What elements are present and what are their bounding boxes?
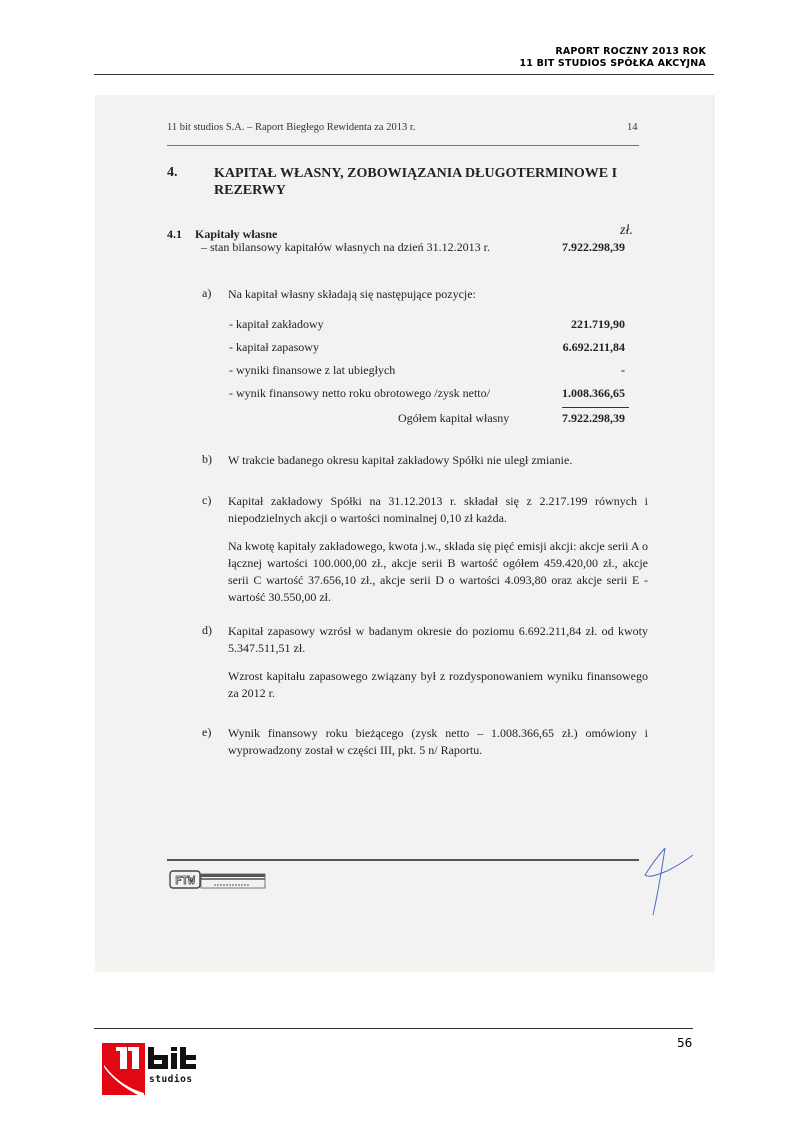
total-underline [562,407,629,408]
component-value: 6.692.211,84 [563,340,625,355]
item-a-text: Na kapitał własny składają się następują… [228,286,648,303]
item-c-marker: c) [202,493,211,508]
auditor-firm-logo: FTW [169,869,267,891]
component-value: 1.008.366,65 [562,386,625,401]
auditor-running-header: 11 bit studios S.A. – Raport Biegłego Re… [167,122,415,133]
item-c-text-2: Na kwotę kapitały zakładowego, kwota j.w… [228,538,648,606]
report-header-company: 11 BIT STUDIOS SPÓŁKA AKCYJNA [519,58,706,70]
item-c-text: Kapitał zakładowy Spółki na 31.12.2013 r… [228,493,648,527]
running-header-divider [167,145,639,146]
item-e-marker: e) [202,725,211,740]
scan-edge [95,966,715,972]
auditor-page-number: 14 [627,122,638,133]
component-label: - wyniki finansowe z lat ubiegłych [229,363,395,378]
currency-unit: zł. [620,223,633,239]
section-title: KAPITAŁ WŁASNY, ZOBOWIĄZANIA DŁUGOTERMIN… [214,165,634,199]
component-label: - kapitał zakładowy [229,317,324,332]
company-logo: studios [102,1043,232,1095]
auditor-signature [635,843,695,923]
total-value: 7.922.298,39 [562,411,625,426]
item-a-marker: a) [202,286,211,301]
svg-text:studios: studios [149,1074,193,1085]
scanned-auditor-page: 11 bit studios S.A. – Raport Biegłego Re… [95,95,715,972]
subsection-number: 4.1 [167,227,182,242]
footer-page-number: 56 [677,1036,692,1050]
auditor-footer-divider [167,859,639,861]
report-header-title: RAPORT ROCZNY 2013 ROK [519,46,706,58]
component-value: 221.719,90 [571,317,625,332]
report-header: RAPORT ROCZNY 2013 ROK 11 BIT STUDIOS SP… [519,46,706,70]
balance-label: – stan bilansowy kapitałów własnych na d… [201,240,490,255]
component-label: - kapitał zapasowy [229,340,319,355]
component-label: - wynik finansowy netto roku obrotowego … [229,386,490,401]
balance-value: 7.922.298,39 [562,240,625,255]
item-b-text: W trakcie badanego okresu kapitał zakład… [228,452,648,469]
item-b-marker: b) [202,452,212,467]
footer-divider [94,1028,693,1029]
component-value: - [621,363,625,378]
item-e-text: Wynik finansowy roku bieżącego (zysk net… [228,725,648,759]
item-d-marker: d) [202,623,212,638]
total-label: Ogółem kapitał własny [398,411,509,426]
item-d-text-2: Wzrost kapitału zapasowego związany był … [228,668,648,702]
section-number: 4. [167,165,178,181]
item-d-text: Kapitał zapasowy wzrósł w badanym okresi… [228,623,648,657]
svg-text:FTW: FTW [175,874,195,887]
header-divider [94,74,714,75]
